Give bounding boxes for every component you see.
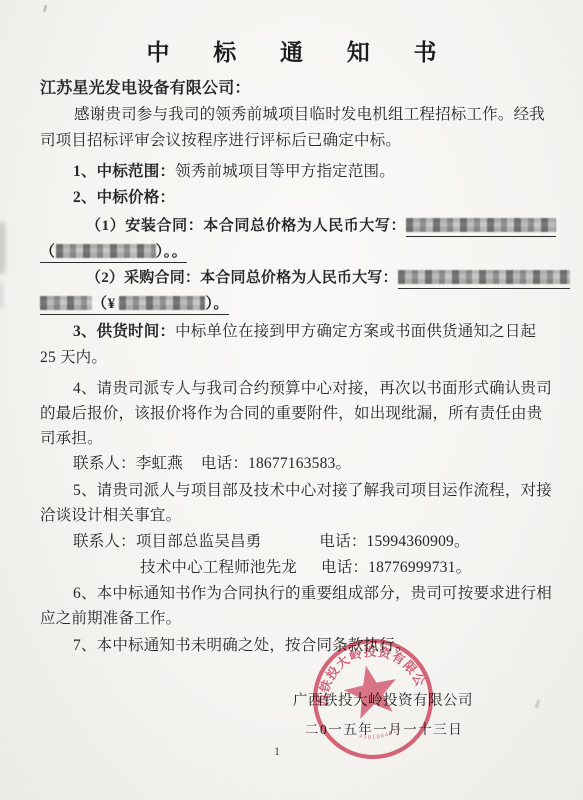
scanned-award-notice-document: 中 标 通 知 书 江苏星光发电设备有限公司： 感谢贵司参与我司的领秀前城项目临… [0,0,583,800]
contract-1-line-2: （）。。 [40,241,187,263]
item-1-text: 领秀前城项目等甲方指定范围。 [175,163,395,180]
contract-1-amount-underline [406,218,556,237]
contact-name: 项目部总监吴昌勇 [136,533,262,550]
scan-artifact [0,282,3,308]
scan-artifact [535,700,541,709]
phone-number: 18776999731。 [368,559,471,576]
item-2-label: 2、中标价格： [73,189,175,206]
redacted-amount [406,218,556,232]
paren-open: （ [40,244,56,260]
intro-line-2: 司项目招标评审会议按程序进行评标后已确定中标。 [40,130,401,152]
item-7: 7、本中标通知书未明确之处，按合同条款执行。 [73,635,411,657]
signature-company: 广西铁投大岭投资有限公司 [293,690,473,712]
signature-date: 二0一五年一月一十三日 [305,719,463,741]
contract-1-text: （1）安装合同：本合同总价格为人民币大写： [86,218,406,234]
yen-paren: （¥ [92,296,116,312]
redacted-amount [40,296,92,310]
item-2: 2、中标价格： [73,187,175,209]
item-6-line-2: 应之前期准备工作。 [40,608,181,630]
contact-label: 联系人： [73,455,136,472]
paren-close: ）。。 [156,244,188,260]
item-5-line-2: 洽谈设计相关事宜。 [40,505,181,527]
item-1-label: 1、中标范围： [73,163,175,180]
phone-number: 15994360909。 [367,533,470,550]
redacted-amount [398,270,570,284]
document-title: 中 标 通 知 书 [0,34,583,67]
contract-2-line-2: （¥ ）。 [40,293,229,315]
contract-2-amount-underline [398,270,570,289]
item-4-line-2: 的最后报价，该报价将作为合同的重要附件，如出现纰漏，所有责任由贵 [40,403,542,425]
phone-number: 18677163583。 [248,455,351,472]
contract-2-numeric-underline: （¥ ）。 [40,296,229,315]
addressee: 江苏星光发电设备有限公司： [40,78,251,100]
item-3-line-2: 25 天内。 [40,347,107,369]
contact-name: 李虹燕 [136,455,183,472]
contact-label: 联系人： [73,533,136,550]
item-4-line-1: 4、请贵司派专人与我司合约预算中心对接，再次以书面形式确认贵司 [73,378,552,400]
item-6-line-1: 6、本中标通知书作为合同执行的重要组成部分，贵司可按要求进行相 [73,583,552,605]
contact-1: 联系人：李虹燕电话：18677163583。 [73,453,351,475]
phone-label: 电话： [201,455,248,472]
contact-2: 联系人：项目部总监吴昌勇电话：15994360909。 [73,531,470,553]
paren-close: ）。 [205,296,229,312]
item-3: 3、供货时间：中标单位在接到甲方确定方案或书面供货通知之日起 [73,321,536,343]
contract-1-line-1: （1）安装合同：本合同总价格为人民币大写： [86,215,556,237]
item-1: 1、中标范围：领秀前城项目等甲方指定范围。 [73,161,395,183]
contract-1-numeric-underline: （）。。 [40,244,187,263]
intro-line-1: 感谢贵司参与我司的领秀前城项目临时发电机组工程招标工作。经我 [74,104,545,126]
redacted-amount [119,296,205,310]
scan-artifact [43,5,47,12]
phone-label: 电话： [319,533,366,550]
item-3-label: 3、供货时间： [73,323,175,340]
page-number: 1 [274,740,280,762]
redacted-amount [56,244,156,258]
contract-2-line-1: （2）采购合同：本合同总价格为人民币大写： [86,267,570,289]
phone-label: 电话： [321,559,368,576]
item-4-line-3: 司承担。 [40,428,103,450]
item-3-text: 中标单位在接到甲方确定方案或书面供货通知之日起 [175,323,536,340]
contract-2-text: （2）采购合同：本合同总价格为人民币大写： [86,270,398,286]
contact-name: 技术中心工程师池先龙 [140,559,297,576]
item-5-line-1: 5、请贵司派人与项目部及技术中心对接了解我司项目运作流程，对接 [73,480,552,502]
contact-3: 技术中心工程师池先龙电话：18776999731。 [140,557,471,579]
scan-artifact [0,222,5,274]
